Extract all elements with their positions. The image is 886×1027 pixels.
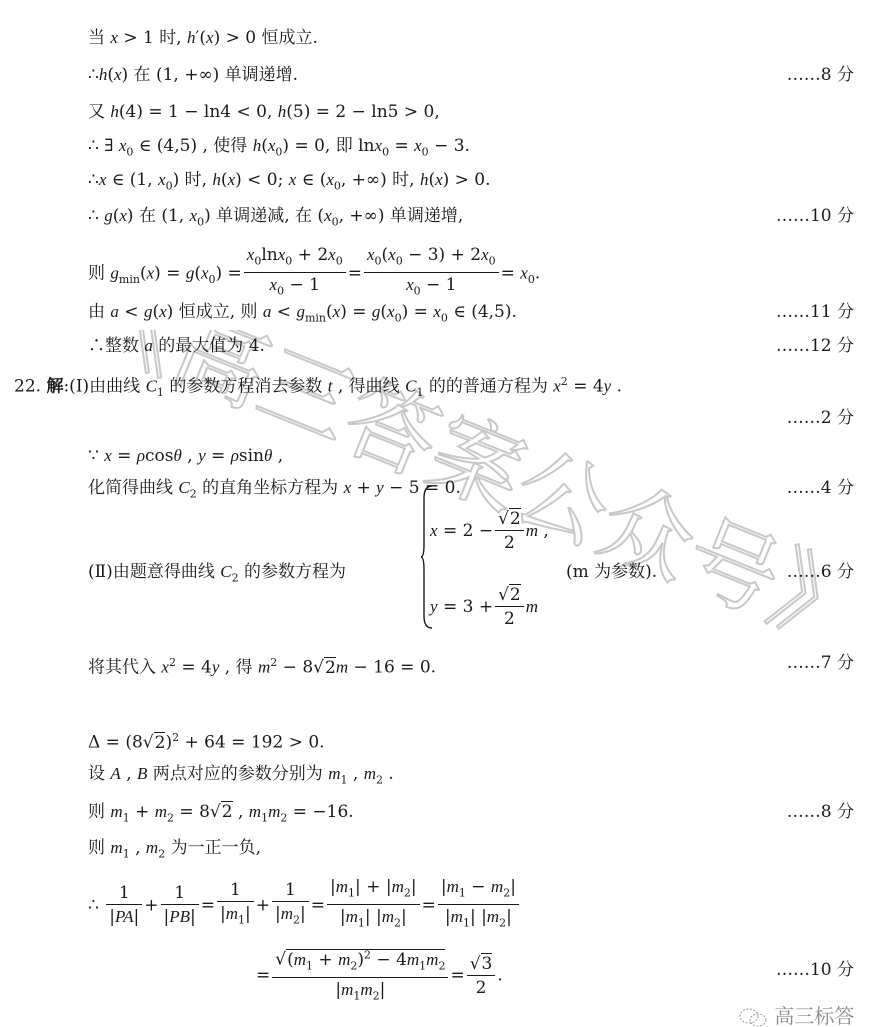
text-line: 则 m1 , m2 为一正一负, — [88, 836, 261, 866]
score-mark: ……2 分 — [787, 406, 854, 430]
score-mark: ……8 分 — [787, 63, 854, 87]
text-line: 由 a < g(x) 恒成立, 则 a < gmin(x) = g(x0) = … — [88, 300, 517, 330]
score-mark: ……4 分 — [787, 476, 854, 500]
formula-sum-reciprocal: ∴ 1|PA|+1|PB|=1|m1|+1|m2|=|m1| + |m2||m1… — [88, 876, 521, 936]
score-mark: ……11 分 — [776, 300, 854, 324]
text-line: Δ = (8√2)2 + 64 = 192 > 0. — [88, 726, 325, 755]
text-line: 则 m1 + m2 = 8√2 , m1m2 = −16. — [88, 800, 354, 830]
problem-22-header: 22. 解:(Ⅰ)由曲线 C1 的参数方程消去参数 t , 得曲线 C1 的的普… — [14, 370, 622, 405]
score-mark: ……10 分 — [776, 204, 854, 228]
text-line: 设 A , B 两点对应的参数分别为 m1 , m2 . — [88, 762, 394, 792]
formula-gmin: 则 gmin(x) = g(x0) =x0lnx0 + 2x0x0 − 1=x0… — [88, 244, 540, 304]
text-line: 又 h(4) = 1 − ln4 < 0, h(5) = 2 − ln5 > 0… — [88, 100, 440, 124]
text-line: ∴x ∈ (1, x0) 时, h(x) < 0; x ∈ (x0, +∞) 时… — [88, 168, 491, 198]
text-line: ∵ x = ρcosθ , y = ρsinθ , — [88, 444, 283, 468]
score-mark: ……10 分 — [776, 958, 854, 982]
text-line: ∴ g(x) 在 (1, x0) 单调递减, 在 (x0, +∞) 单调递增, — [88, 204, 463, 234]
text-line: 当 x > 1 时, h′(x) > 0 恒成立. — [88, 26, 318, 50]
text-line: ∴整数 a 的最大值为 4. — [88, 334, 265, 358]
text-line: ∴h(x) 在 (1, +∞) 单调递增. — [88, 63, 298, 87]
text-line: (Ⅱ)由题意得曲线 C2 的参数方程为 — [88, 560, 346, 590]
wechat-watermark: 高三标答 — [738, 1000, 854, 1027]
problem-number: 22. — [14, 377, 41, 397]
score-mark: ……12 分 — [776, 334, 854, 358]
solution-label: 解 — [46, 377, 63, 397]
score-mark: ……7 分 — [787, 651, 854, 675]
score-mark: ……8 分 — [787, 800, 854, 824]
text-line: 化简得曲线 C2 的直角坐标方程为 x + y − 5 = 0. — [88, 476, 461, 506]
param-eq-x: x = 2 −√22m , — [430, 508, 549, 555]
param-note: (m 为参数). — [566, 560, 657, 584]
text-line: ∴ ∃ x0 ∈ (4,5) , 使得 h(x0) = 0, 即 lnx0 = … — [88, 134, 470, 164]
text-line: 将其代入 x2 = 4y , 得 m2 − 8√2m − 16 = 0. — [88, 651, 436, 680]
formula-final: =√(m1 + m2)2 − 4m1m2|m1m2|=√32. — [256, 944, 503, 1008]
score-mark: ……6 分 — [787, 560, 854, 584]
param-eq-y: y = 3 +√22m — [430, 584, 538, 631]
wechat-icon — [738, 1007, 768, 1027]
